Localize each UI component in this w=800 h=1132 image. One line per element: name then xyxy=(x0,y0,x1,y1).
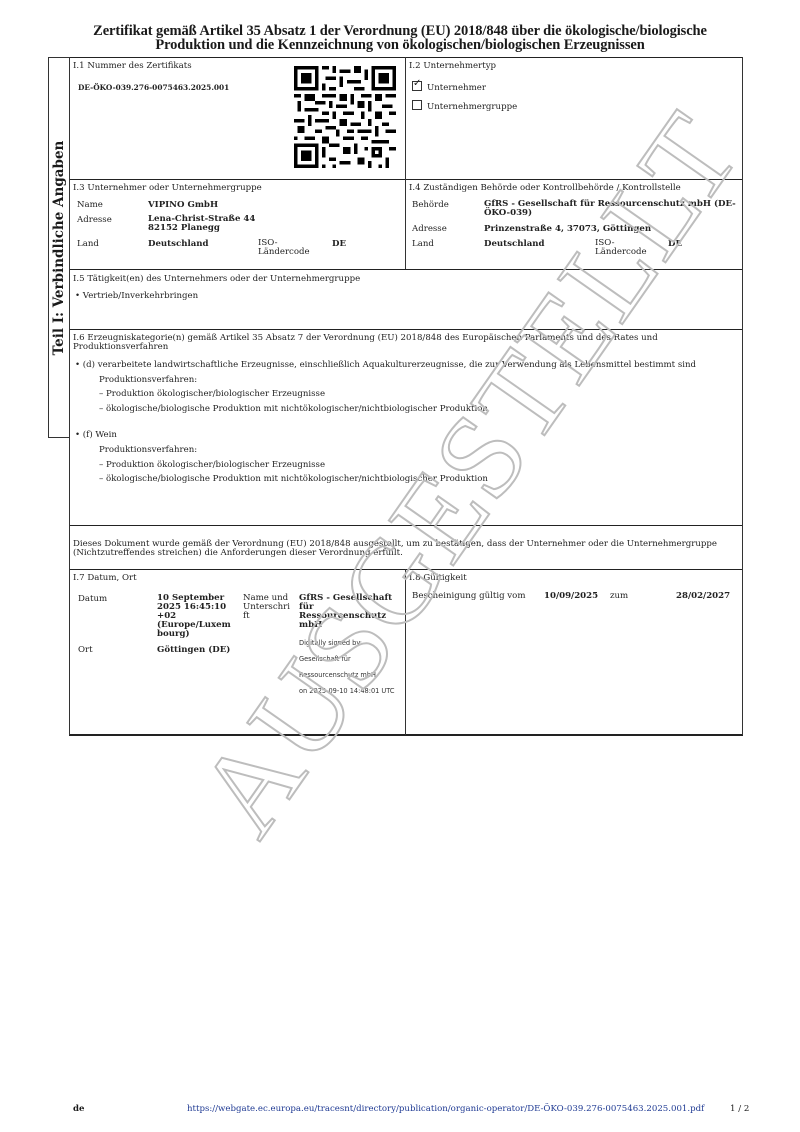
row-divider xyxy=(69,269,743,270)
valid-from-label: Bescheinigung gültig vom xyxy=(412,591,525,601)
address-label: Adresse xyxy=(77,215,112,225)
title-line-1: Zertifikat gemäß Artikel 35 Absatz 1 der… xyxy=(0,24,800,38)
valid-to-label: zum xyxy=(610,591,628,601)
table-border-left xyxy=(69,57,70,735)
footer-page-number: 1 / 2 xyxy=(730,1104,749,1114)
section-1-7-heading: I.7 Datum, Ort xyxy=(73,573,137,583)
operator-country: Deutschland xyxy=(148,239,209,249)
country-label: Land xyxy=(77,239,99,249)
row-divider xyxy=(69,179,743,180)
checkbox-unchecked-icon[interactable] xyxy=(412,100,422,110)
authority-country-label: Land xyxy=(412,239,434,249)
table-border-bottom xyxy=(69,734,743,736)
column-divider xyxy=(405,57,406,269)
section-1-5-heading: I.5 Tätigkeit(en) des Unternehmers oder … xyxy=(73,274,360,284)
row-divider xyxy=(69,329,743,330)
operator-name: VIPINO GmbH xyxy=(148,200,218,210)
certificate-number: DE-ÖKO-039.276-0075463.2025.001 xyxy=(78,83,229,92)
column-divider xyxy=(405,569,406,735)
operator-iso-code: DE xyxy=(332,239,346,249)
digital-signature-line: Ressourcenschutz mbH xyxy=(299,671,376,679)
activity-item: • Vertrieb/Inverkehrbringen xyxy=(75,291,198,301)
authority-iso-code: DE xyxy=(668,239,682,249)
authority-label: Behörde xyxy=(412,200,449,210)
title-line-2: Produktion und die Kennzeichnung von öko… xyxy=(0,38,800,52)
part-one-sidebar: Teil I: Verbindliche Angaben xyxy=(48,57,69,438)
table-border-right xyxy=(742,57,743,735)
date-label: Datum xyxy=(78,594,107,604)
authority-iso-label: ISO- Ländercode xyxy=(595,239,647,257)
row-divider xyxy=(69,525,743,526)
signer-name: GfRS - Gesellschaft für Ressourcenschutz… xyxy=(299,594,392,630)
category-f-title: • (f) Wein xyxy=(75,430,117,440)
section-1-6-heading: I.6 Erzeugniskategorie(n) gemäß Artikel … xyxy=(73,334,658,352)
section-1-8-heading: I.8 Gültigkeit xyxy=(409,573,467,583)
authority-address: Prinzenstraße 4, 37073, Göttingen xyxy=(484,224,651,234)
option-unternehmergruppe[interactable]: Unternehmergruppe xyxy=(412,100,517,112)
digital-signature-line: on 2025-09-10 14:48:01 UTC xyxy=(299,687,395,695)
compliance-statement: Dieses Dokument wurde gemäß der Verordnu… xyxy=(73,540,717,558)
category-f-method: – Produktion ökologischer/biologischer E… xyxy=(99,460,325,470)
authority-name: GfRS - Gesellschaft für Ressourcenschutz… xyxy=(484,200,736,218)
section-1-3-heading: I.3 Unternehmer oder Unternehmergruppe xyxy=(73,183,262,193)
place-label: Ort xyxy=(78,645,93,655)
qr-code-icon xyxy=(294,66,396,168)
section-1-2-heading: I.2 Unternehmertyp xyxy=(409,61,496,71)
authority-country: Deutschland xyxy=(484,239,545,249)
category-f-method: – ökologische/biologische Produktion mit… xyxy=(99,474,488,484)
category-f-methods-label: Produktionsverfahren: xyxy=(99,445,197,455)
issue-place: Göttingen (DE) xyxy=(157,645,230,655)
sidebar-label: Teil I: Verbindliche Angaben xyxy=(51,140,67,355)
digital-signature-line: Gesellschaft für xyxy=(299,655,351,663)
section-1-4-heading: I.4 Zuständigen Behörde oder Kontrollbeh… xyxy=(409,183,681,193)
category-d-method: – Produktion ökologischer/biologischer E… xyxy=(99,389,325,399)
table-border-top xyxy=(69,57,743,58)
option-unternehmer[interactable]: Unternehmer xyxy=(412,81,486,93)
iso-label: ISO- Ländercode xyxy=(258,239,310,257)
digital-signature-line: Digitally signed by: xyxy=(299,639,362,647)
category-d-method: – ökologische/biologische Produktion mit… xyxy=(99,404,488,414)
document-title: Zertifikat gemäß Artikel 35 Absatz 1 der… xyxy=(0,24,800,52)
authority-address-label: Adresse xyxy=(412,224,447,234)
checkbox-checked-icon[interactable] xyxy=(412,81,422,91)
category-d-methods-label: Produktionsverfahren: xyxy=(99,375,197,385)
signature-label: Name und Unterschri ft xyxy=(243,594,290,621)
category-d-title: • (d) verarbeitete landwirtschaftliche E… xyxy=(75,360,696,370)
operator-address: Lena-Christ-Straße 44 82152 Planegg xyxy=(148,215,255,233)
footer-url-link[interactable]: https://webgate.ec.europa.eu/tracesnt/di… xyxy=(187,1104,704,1114)
footer-language: de xyxy=(73,1104,84,1114)
valid-from-date: 10/09/2025 xyxy=(544,591,598,601)
section-1-1-heading: I.1 Nummer des Zertifikats xyxy=(73,61,192,71)
valid-to-date: 28/02/2027 xyxy=(676,591,730,601)
name-label: Name xyxy=(77,200,103,210)
issue-date: 10 September 2025 16:45:10 +02 (Europe/L… xyxy=(157,594,231,639)
row-divider xyxy=(69,569,743,570)
